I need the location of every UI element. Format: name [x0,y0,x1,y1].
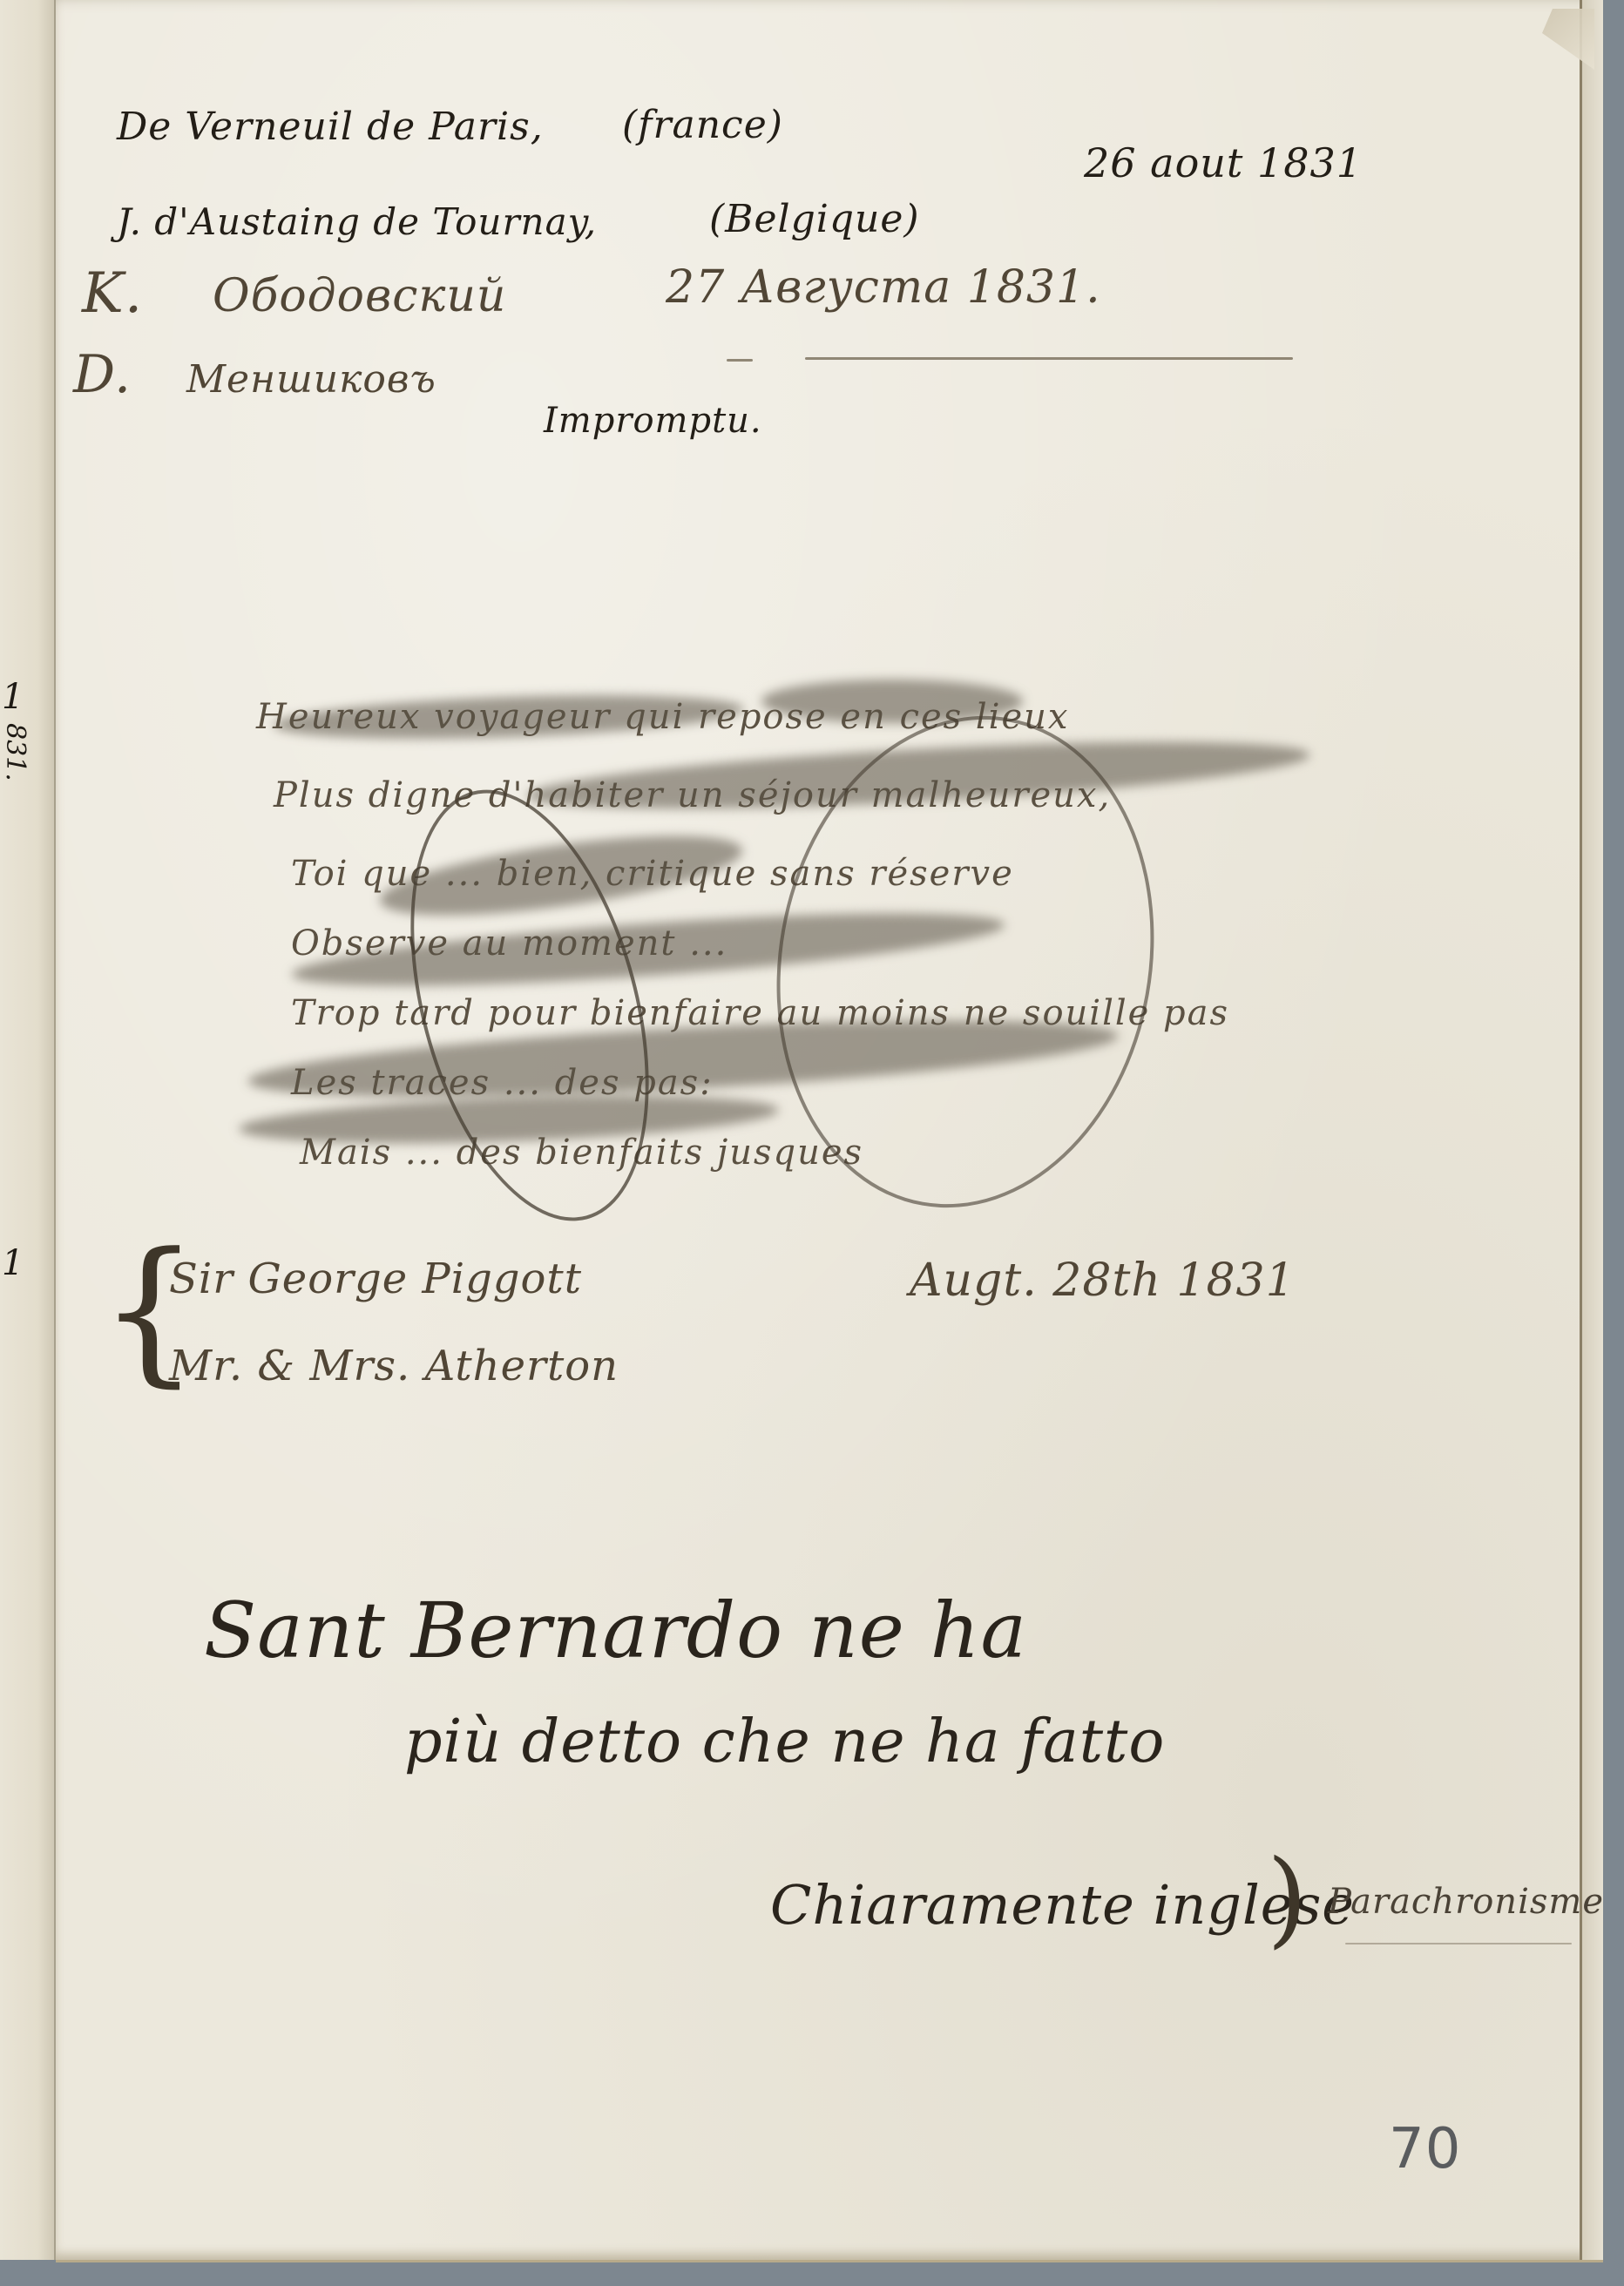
page-number: 70 [1389,2117,1461,2181]
margin-mark: 1 [2,1246,24,1281]
folded-corner [1542,9,1594,70]
entry-verneuil-country: (france) [622,103,783,147]
entry-russian-name-2: Меншиковъ [186,357,436,402]
entry-verneuil-date: 26 aout 1831 [1084,139,1363,186]
entry-russian-initial-k: K. [82,261,143,326]
margin-mark: 1 [2,680,24,714]
bracket: ) [1267,1838,1308,1959]
impromptu-title: Impromptu. [544,401,762,441]
separator-rule [805,357,1293,360]
entry-russian-initial-d: D. [73,344,132,405]
italian-line-2: più detto che ne ha fatto [404,1708,1165,1776]
struck-poem: Heureux voyageur qui repose en ces lieux… [308,662,1441,1202]
margin-mark: 831. [2,723,28,781]
annotation-parachronisme: Parachronisme [1328,1882,1604,1922]
manuscript-page: De Verneuil de Paris, (france) 26 aout 1… [56,0,1603,2262]
entry-piggott-date: Augt. 28th 1831 [910,1255,1296,1307]
entry-piggott-name: Sir George Piggott [169,1255,582,1303]
entry-austaing-name: J. d'Austaing de Tournay, [117,200,597,243]
entry-austaing-country: (Belgique) [709,197,920,241]
entry-verneuil-name: De Verneuil de Paris, [117,105,544,149]
annotation-underline [1345,1943,1572,1944]
italian-line-1: Sant Bernardo ne ha [204,1586,1027,1675]
entry-atherton-name: Mr. & Mrs. Atherton [169,1342,619,1390]
dash-rule [727,359,753,362]
entry-russian-date: 27 Августа 1831. [666,261,1101,314]
previous-page-edge: 1 831. 1 [0,0,56,2260]
entry-russian-name-1: Ободовский [213,270,506,322]
